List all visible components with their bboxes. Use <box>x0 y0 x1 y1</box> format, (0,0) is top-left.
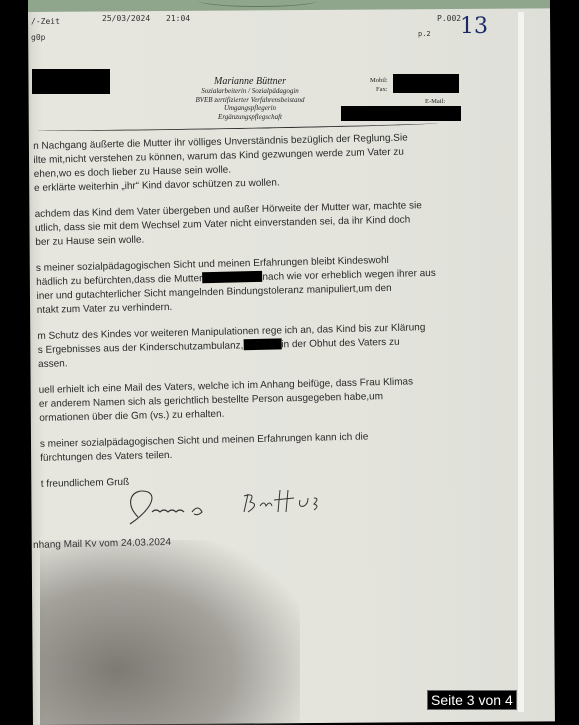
fax-label-2: g0p <box>31 33 45 42</box>
fax-page-short: p.2 <box>418 30 431 38</box>
paragraph-1: n Nachgang äußerte die Mutter ihr völlig… <box>33 130 474 196</box>
fax-date: 25/03/2024 <box>102 14 150 23</box>
paragraph-2: achdem das Kind dem Vater übergeben und … <box>35 198 476 250</box>
sender-title-2: BVEB zertifizierter Verfahrensbeistand <box>140 96 360 105</box>
email-label: E-Mail: <box>425 98 445 105</box>
letterhead: Marianne Büttner Sozialarbeiterin / Sozi… <box>140 76 360 121</box>
redacted-name <box>202 271 262 283</box>
fax-label-time: /-Zeit <box>31 17 60 26</box>
photo-shadow <box>40 540 300 725</box>
page-indicator: Seite 3 von 4 <box>427 690 517 710</box>
fax-page-code: P.002 <box>437 14 461 23</box>
mobile-label: Mobil: <box>370 77 388 84</box>
signature <box>118 482 348 532</box>
paper-edge <box>518 12 524 712</box>
paragraph-5: uell erhielt ich eine Mail des Vaters, w… <box>39 374 480 426</box>
background-scribble <box>198 0 318 7</box>
paragraph-3: s meiner sozialpädagogischen Sicht und m… <box>36 252 477 318</box>
handwritten-page-number: 13 <box>460 14 488 39</box>
redacted-phone <box>393 74 459 93</box>
text-segment: s Ergebnisses aus der Kinderschutzambula… <box>38 340 244 356</box>
sender-title-4: Ergänzungspflegschaft <box>140 113 360 122</box>
paragraph-6: s meiner sozialpädagogischen Sicht und m… <box>40 428 481 466</box>
redacted-email <box>341 106 461 121</box>
sender-name: Marianne Büttner <box>140 76 360 87</box>
fax-time: 21:04 <box>166 14 190 23</box>
text-segment: hädlich zu befürchten,dass die Mutter <box>36 273 202 288</box>
redacted-logo <box>32 69 110 94</box>
paragraph-4: m Schutz des Kindes vor weiteren Manipul… <box>37 320 478 372</box>
sender-title-1: Sozialarbeiterin / Sozialpädagogin <box>140 87 360 96</box>
fax-label: Fax: <box>376 86 388 93</box>
redacted-location <box>243 338 281 350</box>
text-segment: in der Obhut des Vaters zu <box>281 337 399 351</box>
letter-body: n Nachgang äußerte die Mutter ihr völlig… <box>33 130 481 504</box>
sender-title-3: Umgangspflegerin <box>140 104 360 113</box>
text-segment: nach wie vor erheblich wegen ihrer aus <box>262 268 436 283</box>
